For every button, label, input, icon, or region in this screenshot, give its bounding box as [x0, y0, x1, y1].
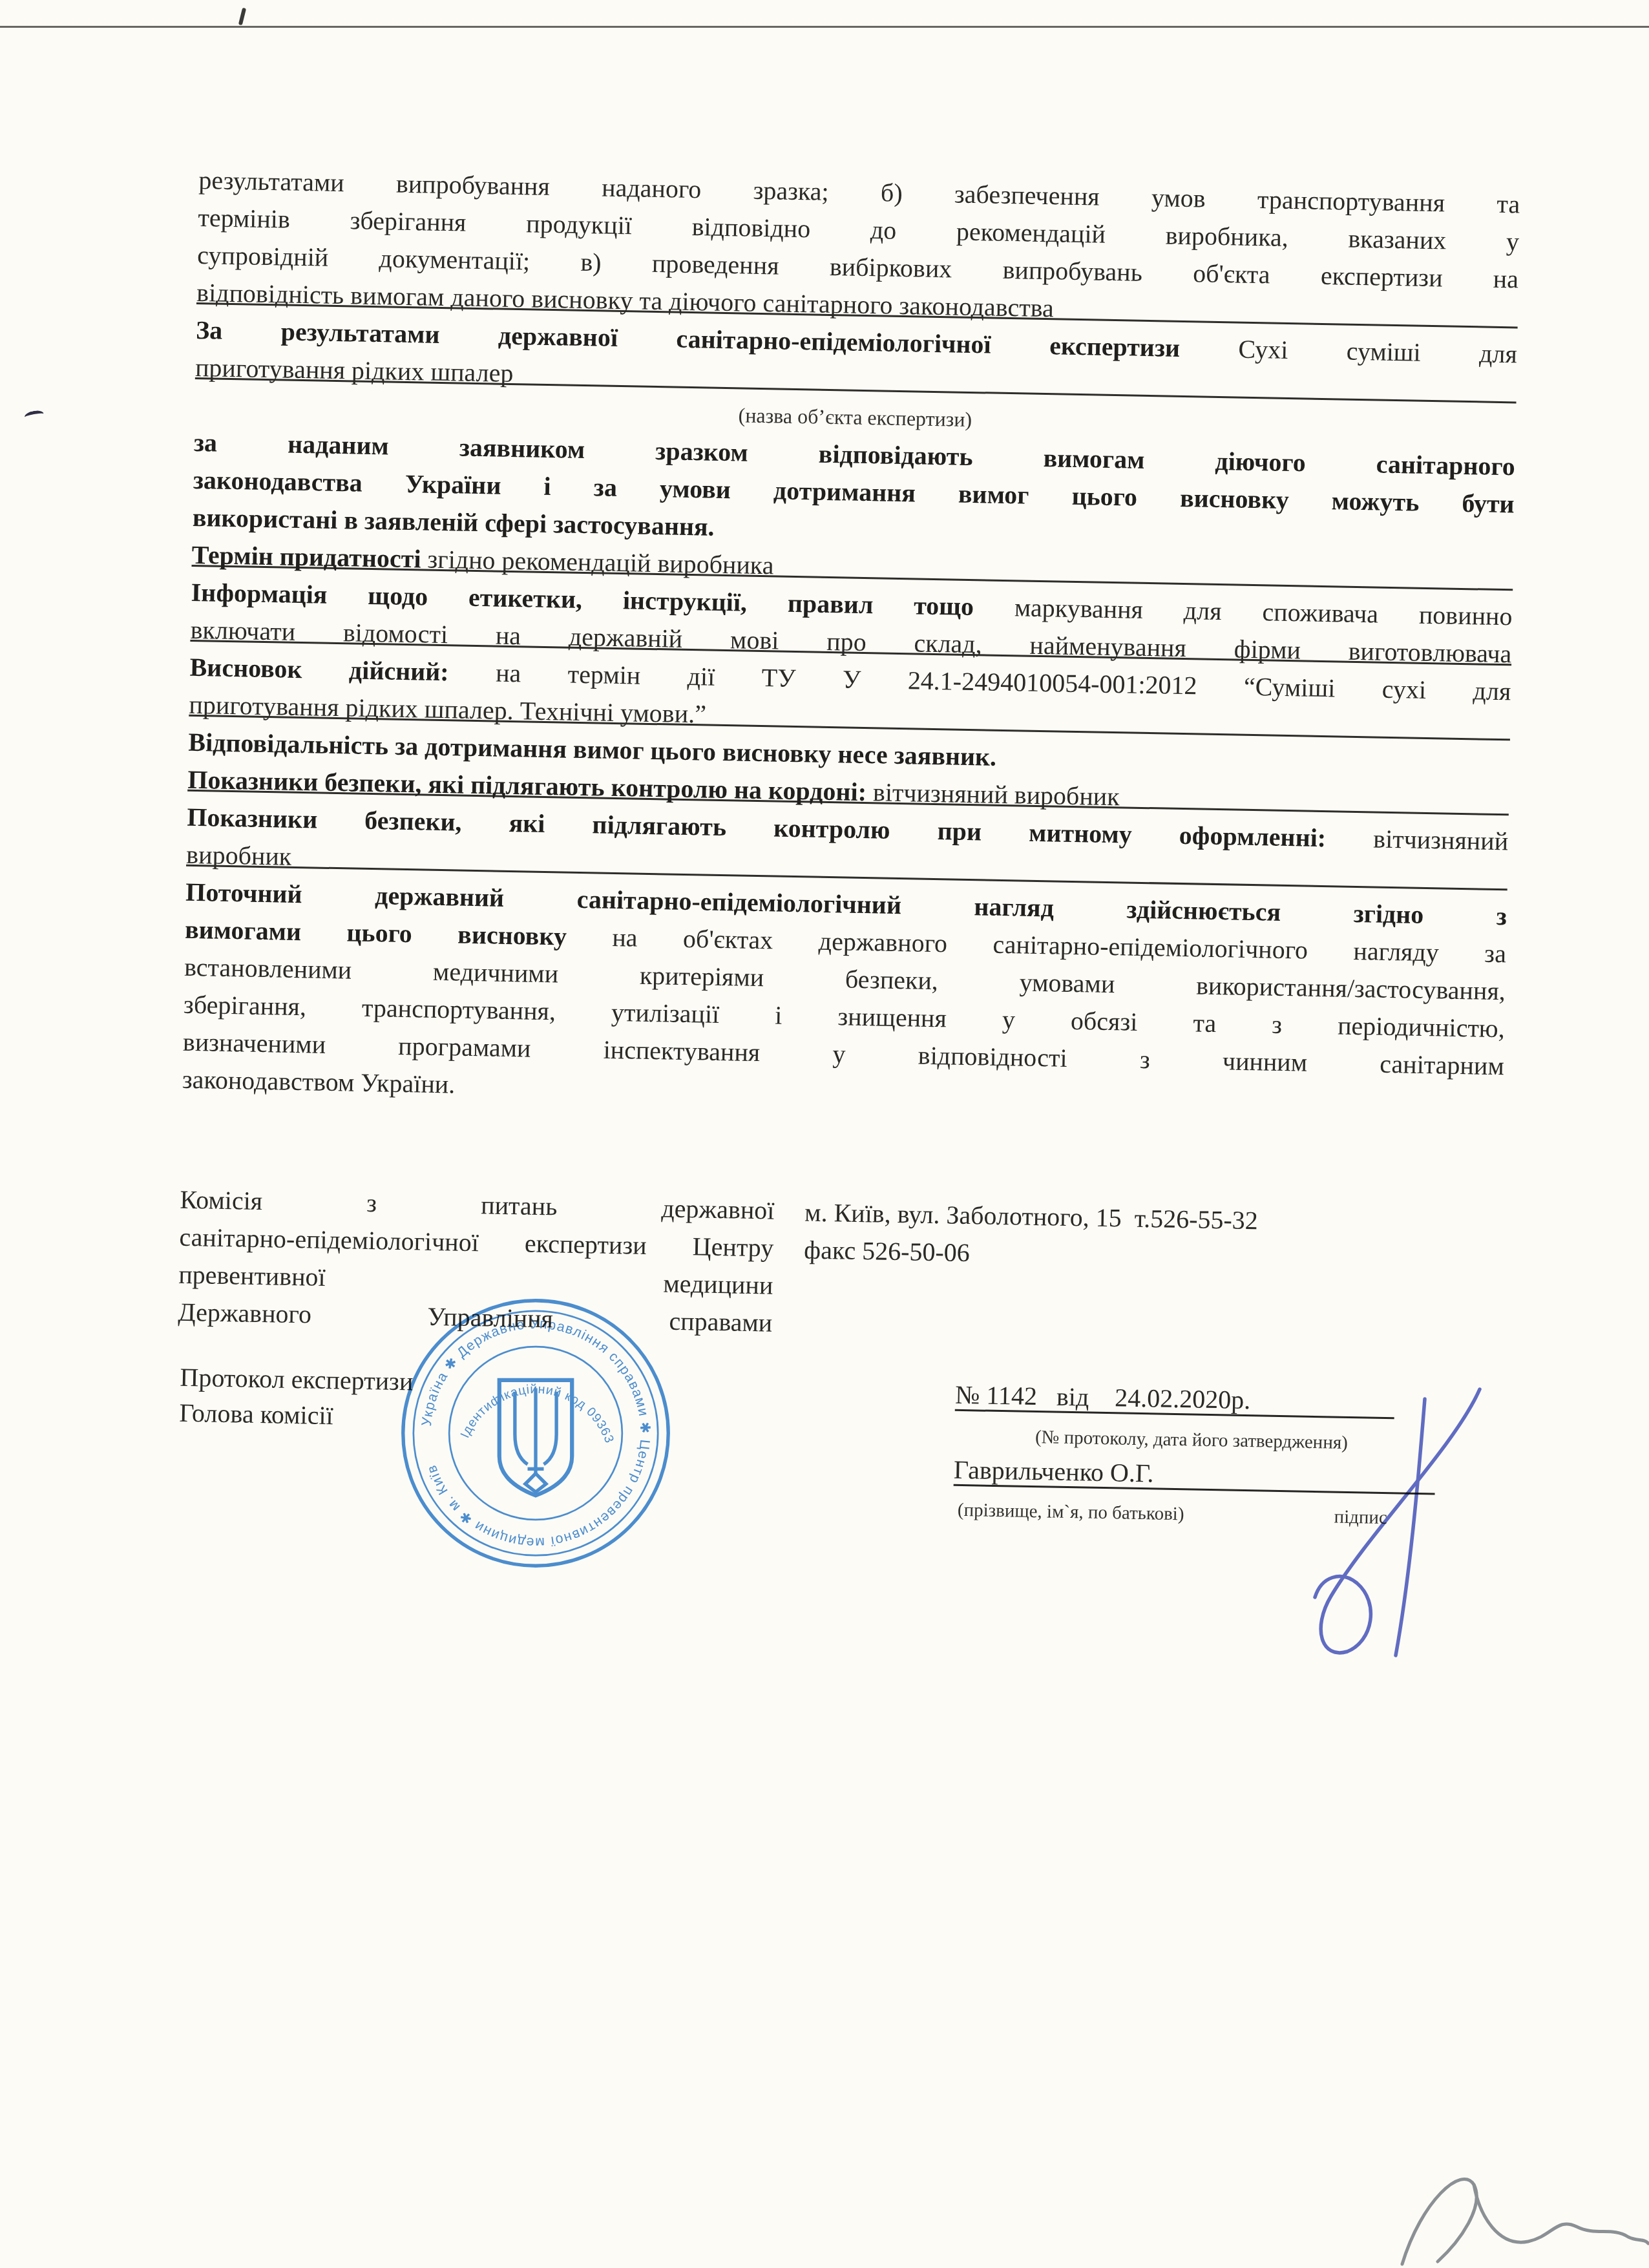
- protocol-label: Протокол експертизи: [180, 1359, 414, 1401]
- field-value: вітчизняний: [1373, 824, 1509, 856]
- field-label: Термін придатності: [191, 540, 421, 573]
- field-value: маркування для споживача повинно: [1014, 593, 1513, 631]
- scan-mark-left: [24, 410, 45, 422]
- name-note: (прізвище, ім`я, по батькові): [958, 1497, 1184, 1527]
- head-of-commission-label: Голова комісії: [179, 1394, 333, 1434]
- field-value: вітчизняний виробник: [873, 777, 1120, 811]
- signature-blue-ink: [1260, 1363, 1518, 1686]
- field-label: вимогами цього висновку: [185, 915, 567, 951]
- trident-icon: [515, 1388, 556, 1492]
- official-stamp: Україна ✱ Державне Управління справами ✱…: [386, 1283, 686, 1583]
- scanned-document-page: { "colors":{"ink":"#2b2a27","rule":"#2e2…: [0, 0, 1649, 2268]
- signature-gray-corner: [1383, 2156, 1649, 2268]
- scan-mark-top: [238, 8, 246, 26]
- field-label: Висновок дійсний:: [189, 653, 449, 686]
- address-block: м. Київ, вул. Заболотного, 15 т.526-55-3…: [804, 1193, 1425, 1280]
- field-value: згідно рекомендацій виробника: [427, 545, 774, 580]
- scan-edge-line: [0, 26, 1649, 28]
- field-value: Сухі суміші для: [1238, 335, 1517, 369]
